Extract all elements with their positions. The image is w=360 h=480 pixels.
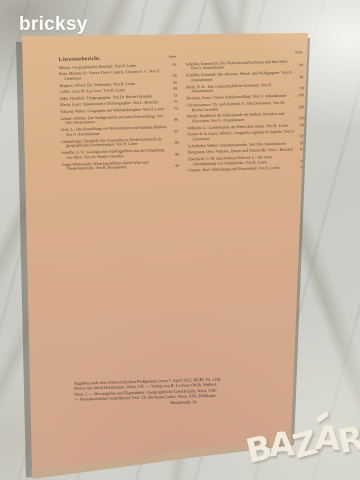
toc-entry-text: Güttenberger, Heinrich: Die Feuerstätte …: [61, 136, 162, 149]
toc-entry-page: 69: [167, 74, 177, 79]
toc-entry-text: Mohr, H. K.: Das vorgeschichtliche Karls…: [186, 82, 272, 94]
page-content: Literaturbericht. Seite Meyen, Geographi…: [22, 25, 322, 473]
toc-entry-page: 100: [292, 105, 304, 110]
seite-label-right: Seite: [295, 50, 303, 54]
toc-entry-text: Collet, Léon W.: Les Lacs. Von H. Leiter: [60, 87, 126, 94]
toc-entry-page: 87: [168, 130, 178, 135]
toc-entry-page: 98: [294, 75, 304, 80]
toc-entry-text: Schaffer, F. X.: Geologischer Ausflugsfü…: [61, 147, 164, 160]
toc-entry-page: 99: [294, 87, 304, 92]
toc-entry-text: Forga-Wintersaele: Wintersportführer dur…: [62, 159, 149, 171]
seller-watermark: bricksy: [19, 14, 88, 36]
toc-entry-page: 79: [168, 100, 178, 105]
toc-entry-text: Christomannos, Th. und Heinrich, F.: Die…: [186, 99, 285, 112]
toc-entry-page: 100: [292, 93, 304, 98]
toc-columns: Literaturbericht. Seite Meyen, Geographi…: [59, 50, 306, 179]
toc-entry-page: 101: [293, 134, 305, 139]
toc-entry-page: 79: [168, 107, 178, 112]
imprint-block: Angaben nach dem österreichischen Preßge…: [74, 375, 294, 408]
toc-entry-page: 89: [169, 153, 179, 158]
toc-entry-page: 98: [293, 64, 303, 69]
toc-column-left: Literaturbericht. Seite Meyen, Geographi…: [59, 54, 180, 179]
toc-entry-page: 73: [167, 93, 177, 98]
section-heading: Literaturbericht.: [59, 56, 101, 63]
toc-column-right: Seite Schöffer, Emmerich: Die Viehwirtsc…: [185, 50, 306, 175]
toc-entry-text: Schöffer, Emmerich: Die Viehwirtschaftss…: [185, 58, 288, 71]
toc-entry-text: Lehner, Othmar: Der Stadtgrundriß und se…: [60, 113, 163, 126]
toc-entry-page: 69: [167, 87, 177, 92]
toc-entry-page: 69: [167, 80, 177, 85]
toc-entry-text: Marek: Handbuch der Klimakunde der Balka…: [187, 111, 284, 123]
toc-entry-text: Osorio de la Garza, Alberto: Geografía o…: [187, 129, 295, 142]
toc-entry-text: Troll, L.: Die Herstellung von Kartenski…: [61, 124, 168, 137]
toc-entry-page: 90: [169, 164, 179, 169]
toc-entry-page: 86: [168, 118, 178, 123]
toc-entry: Forga-Wintersaele: Wintersportführer dur…: [62, 159, 180, 172]
toc-entry-text: Schöffer, Emanuel: Der Attersee, Mond- u…: [186, 69, 293, 82]
toc-entry-page: 101: [293, 123, 305, 128]
toc-entry-text: Eberhardt, G. M. und Andreas Dolezal, L.…: [188, 154, 272, 166]
book-page: Literaturbericht. Seite Meyen, Geographi…: [0, 0, 360, 480]
toc-entry: Gartner, Karl: Abdachung und Neuseeland.…: [188, 166, 306, 174]
toc-entry-text: Rein, Mariano R.: Nueva Tierra Canaria, …: [59, 68, 160, 81]
toc-entry-page: 100: [293, 116, 305, 121]
toc-entry-page: 88: [169, 141, 179, 146]
seite-label-left: Seite: [169, 55, 177, 59]
toc-header-left: Literaturbericht. Seite: [59, 54, 177, 63]
logo-letter: R: [334, 418, 360, 461]
product-photo: Literaturbericht. Seite Meyen, Geographi…: [0, 0, 360, 480]
toc-entry-page: 66: [167, 62, 177, 67]
